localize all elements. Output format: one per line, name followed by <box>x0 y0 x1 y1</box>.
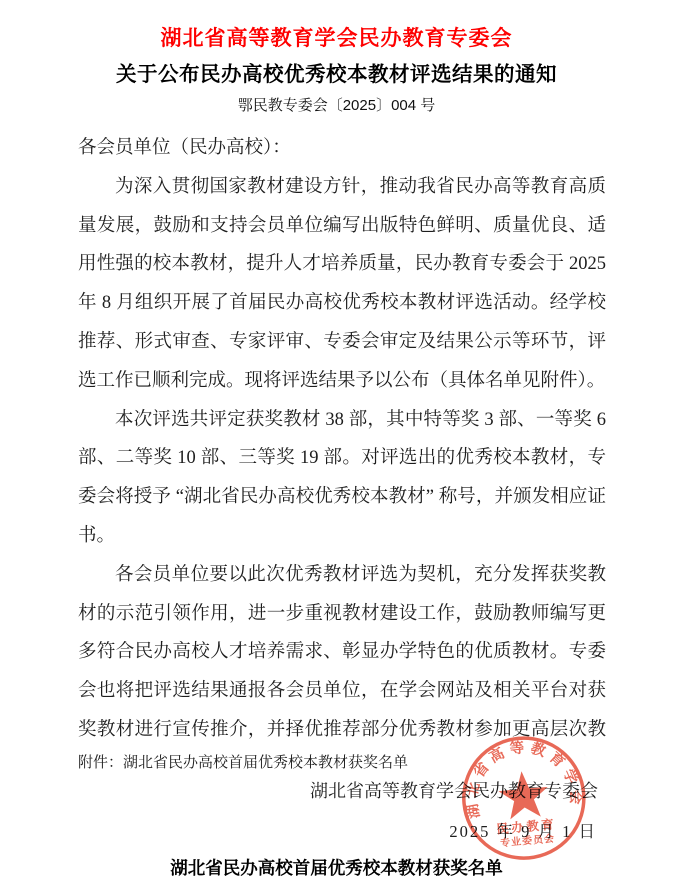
notice-body: 各会员单位（民办高校）： 为深入贯彻国家教材建设方针，推动我省民办高等教育高质量… <box>78 129 606 751</box>
org-title: 湖北省高等教育学会民办教育专委会 <box>0 22 673 52</box>
star-icon <box>497 769 550 820</box>
paragraph-1: 为深入贯彻国家教材建设方针，推动我省民办高等教育高质量发展，鼓励和支持会员单位编… <box>78 168 606 401</box>
notice-title: 关于公布民办高校优秀校本教材评选结果的通知 <box>0 57 673 87</box>
official-seal: 湖北省高等教育学会 民办教育 专业委员会 <box>453 726 597 875</box>
salutation: 各会员单位（民办高校）： <box>78 129 606 168</box>
paragraph-3: 各会员单位要以此次优秀教材评选为契机，充分发挥获奖教材的示范引领作用，进一步重视… <box>78 556 606 751</box>
document-page: 湖北省高等教育学会民办教育专委会 关于公布民办高校优秀校本教材评选结果的通知 鄂… <box>0 0 673 892</box>
doc-number: 鄂民教专委会〔2025〕004 号 <box>0 94 673 115</box>
paragraph-2: 本次评选共评定获奖教材 38 部，其中特等奖 3 部、一等奖 6 部、二等奖 1… <box>78 401 606 556</box>
